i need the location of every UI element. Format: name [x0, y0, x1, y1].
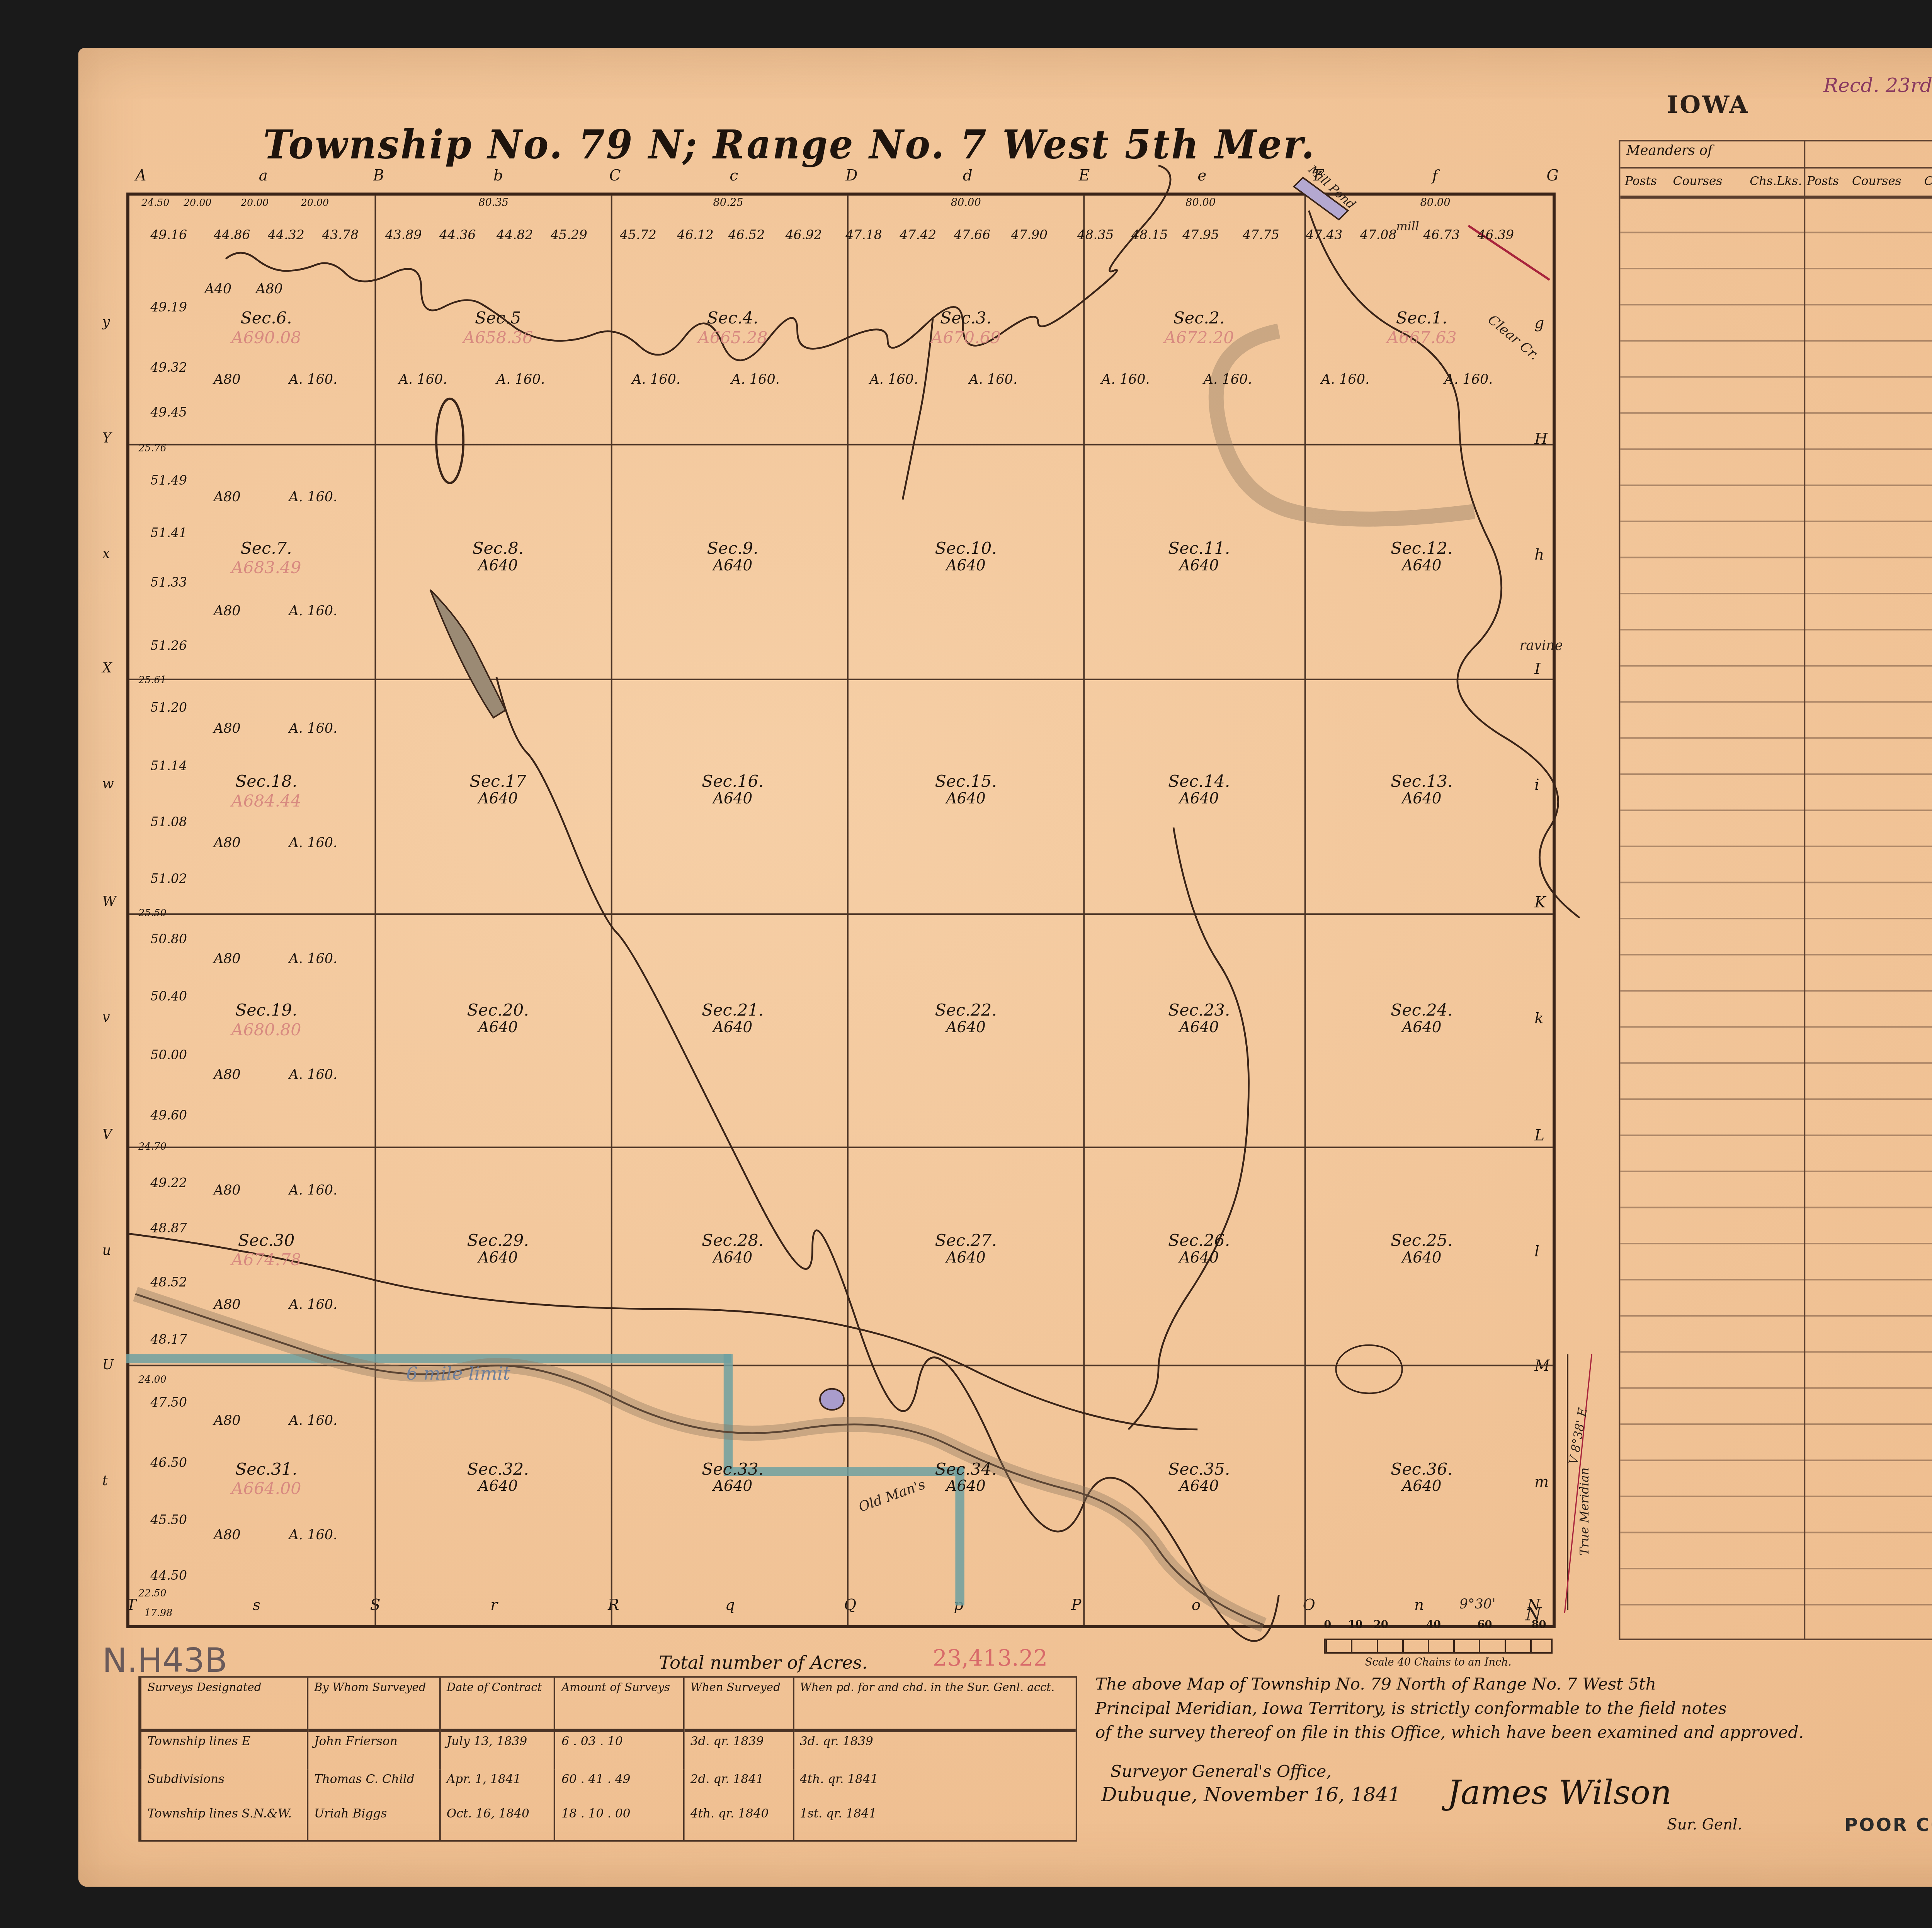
lot-acres: 44.32 — [268, 229, 304, 244]
lot-acres: 46.39 — [1477, 229, 1514, 244]
section-acres: A640 — [379, 558, 617, 575]
col-chains: Chs.Lks. — [1924, 175, 1932, 188]
col-header: Amount of Surveys — [555, 1678, 684, 1730]
lot-acres: 45.29 — [551, 229, 587, 244]
section-red-acreage: A680.80 — [148, 1020, 385, 1040]
quarter-acres: A. 160. — [632, 373, 680, 388]
chain-value: 80.00 — [1420, 197, 1450, 209]
scale-tick: 10 — [1348, 1618, 1363, 1631]
section-red-acreage: A690.08 — [148, 328, 385, 348]
table-row: Township lines E John Frierson July 13, … — [141, 1731, 1076, 1769]
col-header: By Whom Surveyed — [307, 1678, 440, 1730]
section-cell[interactable]: Sec.29.A640 — [379, 1231, 617, 1267]
section-cell[interactable]: Sec.2.A672.20 — [1080, 308, 1318, 347]
stream-path — [1128, 827, 1248, 1429]
quarter-acres: A80 — [214, 373, 241, 388]
meander-divider — [1804, 141, 1805, 1639]
section-acres: A640 — [847, 558, 1085, 575]
survey-summary-table: Surveys Designated By Whom Surveyed Date… — [138, 1676, 1077, 1841]
quarter-acres: A80 — [214, 837, 241, 852]
section-label: Sec.24. — [1303, 1001, 1541, 1020]
section-acres: A640 — [614, 1020, 852, 1037]
quarter-acres: A80 — [214, 1184, 241, 1199]
quarter-acres: A. 160. — [1204, 373, 1252, 388]
section-label: Sec.34. — [847, 1460, 1085, 1479]
section-red-acreage: A664.00 — [148, 1479, 385, 1499]
lot-acres: 47.50 — [150, 1396, 187, 1411]
lot-acres: 44.82 — [497, 229, 533, 244]
cell: 3d. qr. 1839 — [684, 1731, 793, 1769]
section-label: Sec.22. — [847, 1001, 1085, 1020]
section-acres: A640 — [1303, 1020, 1541, 1037]
scale-tick: 20 — [1374, 1618, 1388, 1631]
section-cell[interactable]: Sec.15.A640 — [847, 772, 1085, 808]
section-label: Sec.12. — [1303, 539, 1541, 558]
survey-plat-stage: Township No. 79 N; Range No. 7 West 5th … — [0, 0, 1932, 1928]
lot-acres: 47.43 — [1306, 229, 1343, 244]
section-acres: A640 — [614, 558, 852, 575]
section-red-acreage: A674.78 — [148, 1250, 385, 1270]
section-label: Sec.33. — [614, 1460, 852, 1479]
scale-ticks: 0 10 20 40 60 80 — [1324, 1618, 1553, 1639]
lot-acres: 47.08 — [1360, 229, 1397, 244]
chain-value: 20.00 — [301, 197, 329, 209]
total-acres-value: 23,413.22 — [933, 1645, 1048, 1672]
section-cell[interactable]: Sec.24.A640 — [1303, 1001, 1541, 1036]
lot-acres: 46.52 — [728, 229, 765, 244]
section-cell[interactable]: Sec.17A640 — [379, 772, 617, 808]
lot-acres: 49.32 — [150, 361, 187, 376]
section-cell[interactable]: Sec.36.A640 — [1303, 1460, 1541, 1496]
section-cell[interactable]: Sec.5A658.36 — [379, 308, 617, 347]
section-cell[interactable]: Sec.18.A684.44 — [148, 772, 385, 811]
quarter-acres: A. 160. — [289, 1068, 338, 1083]
cell: Township lines E — [141, 1731, 307, 1769]
section-cell[interactable]: Sec.32.A640 — [379, 1460, 617, 1496]
section-acres: A640 — [1080, 558, 1318, 575]
section-acres: A640 — [379, 1250, 617, 1267]
section-label: Sec.2. — [1080, 308, 1318, 328]
chain-value: 25.50 — [138, 907, 166, 919]
section-label: Sec.29. — [379, 1231, 617, 1251]
scale-tick: 80 — [1532, 1618, 1546, 1631]
lot-acres: 50.00 — [150, 1049, 187, 1064]
section-label: Sec.4. — [614, 308, 852, 328]
scale-tick: 60 — [1477, 1618, 1492, 1631]
lot-acres: 47.90 — [1011, 229, 1048, 244]
lot-acres: 46.92 — [785, 229, 822, 244]
floodplain-shade — [1216, 331, 1474, 519]
section-label: Sec.35. — [1080, 1460, 1318, 1479]
quarter-acres: A. 160. — [289, 1529, 338, 1544]
scale-tick: 40 — [1426, 1618, 1441, 1631]
section-cell[interactable]: Sec.3.A670.69 — [847, 308, 1085, 347]
section-cell[interactable]: Sec.23.A640 — [1080, 1001, 1318, 1036]
chain-value: 25.61 — [138, 674, 166, 686]
signature-title: Sur. Genl. — [1667, 1817, 1742, 1834]
lot-acres: 48.35 — [1077, 229, 1114, 244]
lot-acres: 43.78 — [322, 229, 359, 244]
chain-value: 17.98 — [145, 1607, 172, 1619]
col-header: When pd. for and chd. in the Sur. Genl. … — [793, 1678, 1075, 1730]
section-acres: A640 — [379, 1479, 617, 1496]
section-cell[interactable]: Sec.21.A640 — [614, 1001, 852, 1036]
quarter-acres: A80 — [214, 490, 241, 505]
section-label: Sec.14. — [1080, 772, 1318, 791]
section-acres: A640 — [1303, 1479, 1541, 1496]
section-cell[interactable]: Sec.35.A640 — [1080, 1460, 1318, 1496]
section-cell[interactable]: Sec.12.A640 — [1303, 539, 1541, 575]
table-row: Subdivisions Thomas C. Child Apr. 1, 184… — [141, 1769, 1076, 1804]
section-cell[interactable]: Sec.33.A640 — [614, 1460, 852, 1496]
section-label: Sec.28. — [614, 1231, 852, 1251]
section-label: Sec.17 — [379, 772, 617, 791]
quarter-acres: A. 160. — [1101, 373, 1150, 388]
lot-acres: 51.02 — [150, 873, 187, 888]
cell: Subdivisions — [141, 1769, 307, 1804]
section-red-acreage: A670.69 — [847, 328, 1085, 348]
section-cell[interactable]: Sec.19.A680.80 — [148, 1001, 385, 1040]
quarter-acres: A. 160. — [497, 373, 545, 388]
chain-value: 24.00 — [138, 1374, 166, 1386]
chain-value: 20.00 — [184, 197, 211, 209]
section-cell[interactable]: Sec.25.A640 — [1303, 1231, 1541, 1267]
section-label: Sec.36. — [1303, 1460, 1541, 1479]
quarter-acres: A. 160. — [969, 373, 1017, 388]
section-label: Sec.26. — [1080, 1231, 1318, 1251]
section-red-acreage: A658.36 — [379, 328, 617, 348]
section-label: Sec.6. — [148, 308, 385, 328]
section-acres: A640 — [1080, 1250, 1318, 1267]
lot-acres: 50.80 — [150, 933, 187, 948]
chain-value: 80.00 — [1185, 197, 1216, 209]
section-cell[interactable]: Sec.34.A640 — [847, 1460, 1085, 1496]
lake-shape — [1336, 1345, 1402, 1394]
cell: 60 . 41 . 49 — [555, 1769, 684, 1804]
meanders-title: Meanders of — [1626, 145, 1932, 160]
chain-value: 22.50 — [138, 1588, 166, 1600]
section-red-acreage: A672.20 — [1080, 328, 1318, 348]
quarter-acres: A80 — [214, 605, 241, 620]
section-label: Sec.23. — [1080, 1001, 1318, 1020]
cell: 4th. qr. 1841 — [793, 1769, 1075, 1804]
section-cell[interactable]: Sec.26.A640 — [1080, 1231, 1318, 1267]
section-label: Sec.7. — [148, 539, 385, 558]
scale-caption: Scale 40 Chains to an Inch. — [1324, 1657, 1553, 1669]
certificate-line: of the survey thereof on file in this Of… — [1095, 1721, 1804, 1745]
quarter-acres: A. 160. — [399, 373, 447, 388]
section-cell[interactable]: Sec.16.A640 — [614, 772, 852, 808]
quarter-acres: A. 160. — [289, 1298, 338, 1314]
section-label: Sec.31. — [148, 1460, 385, 1479]
section-label: Sec.11. — [1080, 539, 1318, 558]
quarter-acres: A. 160. — [289, 490, 338, 505]
section-acres: A640 — [847, 1020, 1085, 1037]
cell: 4th. qr. 1840 — [684, 1804, 793, 1840]
chain-value: 80.00 — [951, 197, 981, 209]
section-acres: A640 — [1303, 1250, 1541, 1267]
catalog-number: N.H43B — [102, 1643, 228, 1681]
quarter-acres: A. 160. — [289, 605, 338, 620]
section-label: Sec.18. — [148, 772, 385, 791]
scale-bar: 0 10 20 40 60 80 Scale 40 Chains to an I… — [1324, 1618, 1553, 1669]
section-acres: A640 — [847, 791, 1085, 808]
quarter-acres: A. 160. — [1444, 373, 1493, 388]
cell: July 13, 1839 — [440, 1731, 555, 1769]
lot-acres: 51.49 — [150, 474, 187, 489]
ravine-label: ravine — [1519, 640, 1563, 655]
certificate-line: The above Map of Township No. 79 North o… — [1095, 1673, 1804, 1697]
lot-acres: 45.72 — [620, 229, 656, 244]
section-red-acreage: A683.49 — [148, 558, 385, 578]
cell: Apr. 1, 1841 — [440, 1769, 555, 1804]
section-acres: A640 — [847, 1250, 1085, 1267]
section-red-acreage: A665.28 — [614, 328, 852, 348]
chain-value: 25.76 — [138, 442, 166, 454]
lot-acres: 49.22 — [150, 1177, 187, 1192]
table-row: Township lines S.N.&W. Uriah Biggs Oct. … — [141, 1804, 1076, 1840]
section-label: Sec.15. — [847, 772, 1085, 791]
chain-value: 24.50 — [141, 197, 169, 209]
lot-acres: 47.18 — [845, 229, 882, 244]
chain-value: 80.25 — [713, 197, 743, 209]
lot-acres: 44.36 — [439, 229, 476, 244]
section-acres: A640 — [614, 1479, 852, 1496]
lot-acres: 49.16 — [150, 229, 187, 244]
section-label: Sec.8. — [379, 539, 617, 558]
lot-acres: 51.20 — [150, 701, 187, 716]
lot-acres: 45.50 — [150, 1514, 187, 1529]
col-header: When Surveyed — [684, 1678, 793, 1730]
section-label: Sec.13. — [1303, 772, 1541, 791]
quarter-acres: A. 160. — [289, 953, 338, 968]
mill-label: mill — [1396, 220, 1419, 233]
section-cell[interactable]: Sec.9.A640 — [614, 539, 852, 575]
quarter-acres: A80 — [214, 1068, 241, 1083]
section-cell[interactable]: Sec.31.A664.00 — [148, 1460, 385, 1499]
section-cell[interactable]: Sec.6.A690.08 — [148, 308, 385, 347]
quarter-acres: A. 160. — [289, 1414, 338, 1429]
section-cell[interactable]: Sec.11.A640 — [1080, 539, 1318, 575]
lot-acres: 47.75 — [1243, 229, 1279, 244]
cell: Uriah Biggs — [307, 1804, 440, 1840]
section-label: Sec.16. — [614, 772, 852, 791]
section-cell[interactable]: Sec.13.A640 — [1303, 772, 1541, 808]
section-acres: A640 — [614, 791, 852, 808]
cell: Oct. 16, 1840 — [440, 1804, 555, 1840]
section-red-acreage: A684.44 — [148, 791, 385, 811]
section-cell[interactable]: Sec.7.A683.49 — [148, 539, 385, 578]
chain-value: 24.70 — [138, 1140, 166, 1152]
section-label: Sec.30 — [148, 1231, 385, 1251]
lot-acres: 51.26 — [150, 640, 187, 655]
col-courses: Courses — [1852, 175, 1932, 188]
lot-acres: 48.52 — [150, 1276, 187, 1291]
lot-acres: 44.86 — [214, 229, 250, 244]
quarter-acres: A80 — [214, 1298, 241, 1314]
cell: 18 . 10 . 00 — [555, 1804, 684, 1840]
cell: 1st. qr. 1841 — [793, 1804, 1075, 1840]
chain-value: 80.35 — [478, 197, 509, 209]
lot-acres: 47.42 — [900, 229, 936, 244]
section-cell[interactable]: Sec.4.A665.28 — [614, 308, 852, 347]
cell: Thomas C. Child — [307, 1769, 440, 1804]
quarter-acres: A. 160. — [289, 837, 338, 852]
quarter-acres: A. 160. — [869, 373, 918, 388]
quarter-acres: A40 — [205, 283, 232, 298]
col-header: Date of Contract — [440, 1678, 555, 1730]
six-mile-limit-label: 6 mile limit — [406, 1363, 510, 1385]
lot-acres: 49.45 — [150, 406, 187, 421]
section-cell[interactable]: Sec.28.A640 — [614, 1231, 852, 1267]
lot-acres: 49.60 — [150, 1109, 187, 1124]
section-label: Sec.25. — [1303, 1231, 1541, 1251]
section-label: Sec.3. — [847, 308, 1085, 328]
col-header: Surveys Designated — [141, 1678, 307, 1730]
section-cell[interactable]: Sec.30A674.78 — [148, 1231, 385, 1270]
lot-acres: 47.66 — [954, 229, 990, 244]
section-label: Sec.5 — [379, 308, 617, 328]
true-meridian-label: True Meridian — [1578, 1467, 1591, 1555]
lot-acres: 44.50 — [150, 1569, 187, 1584]
section-cell[interactable]: Sec.8.A640 — [379, 539, 617, 575]
pond-shape — [820, 1389, 844, 1410]
lot-acres: 46.12 — [677, 229, 714, 244]
cell: 6 . 03 . 10 — [555, 1731, 684, 1769]
section-acres: A640 — [379, 791, 617, 808]
quarter-acres: A80 — [214, 1414, 241, 1429]
poor-copy-stamp: POOR COPY — [1844, 1815, 1932, 1836]
signature: James Wilson — [1447, 1775, 1672, 1813]
section-label: Sec.20. — [379, 1001, 617, 1020]
lot-acres: 48.15 — [1131, 229, 1168, 244]
section-label: Sec.19. — [148, 1001, 385, 1020]
section-label: Sec.10. — [847, 539, 1085, 558]
quarter-acres: A. 160. — [289, 373, 338, 388]
cell: Township lines S.N.&W. — [141, 1804, 307, 1840]
lake-shape — [436, 399, 463, 483]
section-acres: A640 — [1303, 791, 1541, 808]
section-cell[interactable]: Sec.10.A640 — [847, 539, 1085, 575]
section-label: Sec.9. — [614, 539, 852, 558]
quarter-acres: A80 — [214, 1529, 241, 1544]
lot-acres: 47.95 — [1182, 229, 1219, 244]
bearing-label: 9°30' — [1459, 1598, 1496, 1613]
quarter-acres: A. 160. — [731, 373, 780, 388]
section-label: Sec.27. — [847, 1231, 1085, 1251]
quarter-acres: A80 — [214, 722, 241, 737]
total-acres-label: Total number of Acres. — [659, 1652, 867, 1673]
section-cell[interactable]: Sec.14.A640 — [1080, 772, 1318, 808]
cell: 2d. qr. 1841 — [684, 1769, 793, 1804]
section-cell[interactable]: Sec.22.A640 — [847, 1001, 1085, 1036]
cell: 3d. qr. 1839 — [793, 1731, 1075, 1769]
certificate-line: Principal Meridian, Iowa Territory, is s… — [1095, 1697, 1804, 1721]
quarter-acres: A. 160. — [289, 1184, 338, 1199]
cell: John Frierson — [307, 1731, 440, 1769]
section-acres: A640 — [1303, 558, 1541, 575]
lot-acres: 43.89 — [385, 229, 422, 244]
lot-acres: 51.08 — [150, 815, 187, 830]
scale-tick: 0 — [1324, 1618, 1331, 1631]
quarter-acres: A. 160. — [1321, 373, 1369, 388]
section-acres: A640 — [614, 1250, 852, 1267]
section-acres: A640 — [1080, 1020, 1318, 1037]
section-acres: A640 — [379, 1020, 617, 1037]
quarter-acres: A80 — [256, 283, 283, 298]
section-acres: A640 — [1080, 791, 1318, 808]
scale-rule — [1324, 1639, 1553, 1654]
quarter-acres: A. 160. — [289, 722, 338, 737]
meanders-table: Meanders of Posts Courses Chs.Lks. Posts… — [1619, 140, 1932, 1640]
lot-acres: 51.33 — [150, 576, 187, 591]
section-label: Sec.21. — [614, 1001, 852, 1020]
lot-acres: 46.73 — [1423, 229, 1460, 244]
section-cell[interactable]: Sec.27.A640 — [847, 1231, 1085, 1267]
lot-acres: 48.17 — [150, 1333, 187, 1348]
quarter-acres: A80 — [214, 953, 241, 968]
section-acres: A640 — [1080, 1479, 1318, 1496]
section-label: Sec.32. — [379, 1460, 617, 1479]
marsh-shape — [430, 590, 506, 718]
chain-value: 20.00 — [241, 197, 269, 209]
section-cell[interactable]: Sec.20.A640 — [379, 1001, 617, 1036]
